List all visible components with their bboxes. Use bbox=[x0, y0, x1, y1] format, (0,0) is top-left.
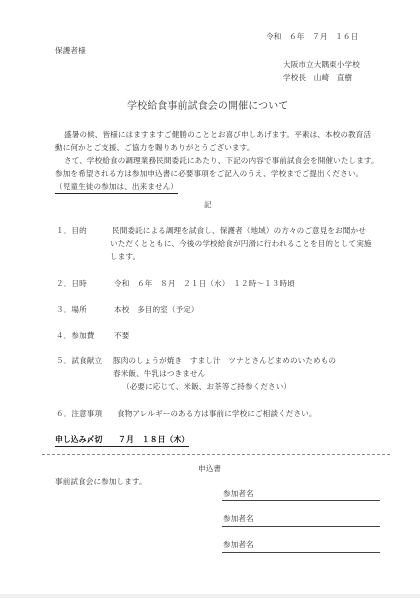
participant-label: 参加者名 bbox=[223, 514, 254, 524]
cut-line bbox=[42, 454, 390, 455]
item-purpose-line-3: します。 bbox=[110, 252, 140, 262]
intro-line-2: 参加を希望される方は参加申込書に必要事項をご記入のうえ、学校までご提出ください。 bbox=[55, 169, 363, 179]
participant-label: 参加者名 bbox=[223, 489, 254, 499]
participation-note: （児童生徒の参加は、出来ません） bbox=[55, 182, 178, 194]
item-menu-line-2: 春米飯、牛乳はつきません bbox=[113, 369, 205, 379]
item-place-value: 本校 多目的室（予定） bbox=[114, 305, 199, 315]
application-deadline: 申し込み〆切 ７月 １８日（木） bbox=[55, 435, 189, 447]
item-notes-value: 食物アレルギーのある方は事前に学校にご相談ください。 bbox=[117, 409, 317, 419]
document-title: 学校給食事前試食会の開催について bbox=[127, 102, 288, 112]
item-purpose-line-2: いただくとともに、今後の学校給食が円滑に行われることを目的として実施 bbox=[110, 239, 372, 249]
item-label-menu: ５．試食献立 bbox=[56, 356, 102, 366]
item-menu-line-3: （必要に応じて、米飯、お茶等ご持参ください） bbox=[122, 382, 291, 392]
participant-input-line[interactable] bbox=[222, 526, 380, 527]
form-statement: 事前試食会に参加します。 bbox=[55, 477, 147, 487]
participant-label: 参加者名 bbox=[223, 540, 254, 550]
item-label-datetime: ２．日時 bbox=[56, 279, 87, 289]
item-fee-value: 不要 bbox=[114, 331, 129, 341]
item-purpose-line-1: 民間委託による調理を試食し、保護者（地域）の方々のご意見をお聞かせ bbox=[112, 226, 366, 236]
item-menu-line-1: 豚肉のしょうが焼き すまし汁 ツナとさんどまめのいためもの bbox=[113, 356, 336, 366]
greeting-line-2: 動に何かとご支援、ご協力を賜りありがとうございます。 bbox=[55, 143, 254, 153]
item-label-fee: ４．参加費 bbox=[56, 331, 94, 341]
participant-input-line[interactable] bbox=[222, 500, 380, 501]
school-name: 大阪市立大隅東小学校 bbox=[283, 60, 360, 70]
participant-input-line[interactable] bbox=[222, 552, 380, 553]
principal-name: 学校長 山崎 直樹 bbox=[283, 73, 352, 83]
form-heading: 申込書 bbox=[198, 464, 221, 474]
page-bottom-edge bbox=[0, 594, 420, 598]
item-datetime-value: 令和 ６年 ８月 ２１日（水） １２時～１３時頃 bbox=[114, 279, 295, 289]
item-label-notes: ６．注意事項 bbox=[56, 409, 102, 419]
date: 令和 ６年 ７月 １６日 bbox=[266, 32, 358, 42]
greeting-line-1: 盛暑の候、皆様にはますますご健勝のこととお喜び申しあげます。平素は、本校の教育活 bbox=[64, 130, 371, 140]
addressee: 保護者様 bbox=[55, 46, 86, 56]
intro-line-1: さて、学校給食の調理業務民間委託にあたり、下記の内容で事前試食会を開催いたします… bbox=[64, 156, 379, 166]
item-label-place: ３．場所 bbox=[56, 305, 87, 315]
item-label-purpose: １．目的 bbox=[56, 226, 87, 236]
ki-heading: 記 bbox=[204, 200, 212, 210]
